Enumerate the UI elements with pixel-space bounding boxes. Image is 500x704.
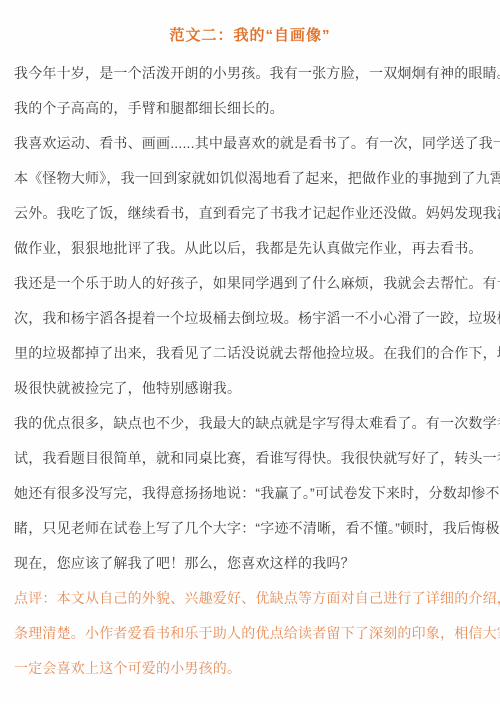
teacher-comment: 点评：本文从自己的外貌、兴趣爱好、优缺点等方面对自己进行了详细的介绍，条理清楚。… [14, 581, 486, 686]
essay-line: 里的垃圾都掉了出来，我看见了二话没说就去帮他捡垃圾。在我们的合作下，垃 [14, 336, 486, 371]
essay-line: 现在，您应该了解我了吧！那么，您喜欢这样的我吗？ [14, 546, 486, 581]
essay-page: 范文二：我的“自画像” 我今年十岁，是一个活泼开朗的小男孩。我有一张方脸，一双炯… [0, 0, 500, 704]
essay-body: 我今年十岁，是一个活泼开朗的小男孩。我有一张方脸，一双炯炯有神的眼睛。我的个子高… [14, 56, 486, 581]
essay-line: 本《怪物大师》，我一回到家就如饥似渴地看了起来，把做作业的事抛到了九霄 [14, 161, 486, 196]
essay-line: 做作业，狠狠地批评了我。从此以后，我都是先认真做完作业，再去看书。 [14, 231, 486, 266]
essay-line: 次，我和杨宇滔各提着一个垃圾桶去倒垃圾。杨宇滔一不小心滑了一跤，垃圾桶 [14, 301, 486, 336]
comment-line: 点评：本文从自己的外貌、兴趣爱好、优缺点等方面对自己进行了详细的介绍， [14, 581, 486, 616]
essay-line: 她还有很多没写完，我得意扬扬地说：“我赢了。”可试卷发下来时，分数却惨不忍 [14, 476, 486, 511]
essay-line: 圾很快就被捡完了，他特别感谢我。 [14, 371, 486, 406]
essay-paragraph: 我喜欢运动、看书、画画......其中最喜欢的就是看书了。有一次，同学送了我一本… [14, 126, 486, 266]
essay-paragraph: 现在，您应该了解我了吧！那么，您喜欢这样的我吗？ [14, 546, 486, 581]
essay-paragraph: 我今年十岁，是一个活泼开朗的小男孩。我有一张方脸，一双炯炯有神的眼睛。我的个子高… [14, 56, 486, 126]
comment-line: 一定会喜欢上这个可爱的小男孩的。 [14, 651, 486, 686]
comment-line: 条理清楚。小作者爱看书和乐于助人的优点给读者留下了深刻的印象，相信大家 [14, 616, 486, 651]
essay-line: 我还是一个乐于助人的好孩子，如果同学遇到了什么麻烦，我就会去帮忙。有一 [14, 266, 486, 301]
essay-paragraph: 我的优点很多，缺点也不少，我最大的缺点就是字写得太难看了。有一次数学考试，我看题… [14, 406, 486, 546]
essay-line: 我的个子高高的，手臂和腿都细长细长的。 [14, 91, 486, 126]
essay-line: 云外。我吃了饭，继续看书，直到看完了书我才记起作业还没做。妈妈发现我没 [14, 196, 486, 231]
essay-line: 试，我看题目很简单，就和同桌比赛，看谁写得快。我很快就写好了，转头一看， [14, 441, 486, 476]
essay-paragraph: 我还是一个乐于助人的好孩子，如果同学遇到了什么麻烦，我就会去帮忙。有一次，我和杨… [14, 266, 486, 406]
essay-line: 睹，只见老师在试卷上写了几个大字：“字迹不清晰，看不懂。”顿时，我后悔极了。 [14, 511, 486, 546]
essay-line: 我喜欢运动、看书、画画......其中最喜欢的就是看书了。有一次，同学送了我一 [14, 126, 486, 161]
essay-title: 范文二：我的“自画像” [0, 0, 500, 46]
essay-line: 我的优点很多，缺点也不少，我最大的缺点就是字写得太难看了。有一次数学考 [14, 406, 486, 441]
essay-line: 我今年十岁，是一个活泼开朗的小男孩。我有一张方脸，一双炯炯有神的眼睛。 [14, 56, 486, 91]
